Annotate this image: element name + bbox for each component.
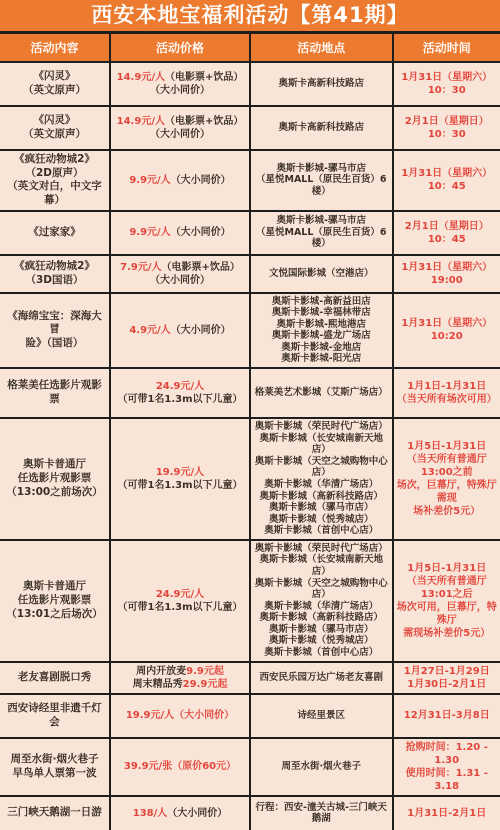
activity-content-cell: 《海绵宝宝：深海大冒险》（国语） <box>0 293 110 368</box>
price-note-text: （大小同价） <box>150 129 210 140</box>
activity-location-cell: 西安民乐园万达广场老友喜剧 <box>250 662 393 694</box>
activity-price-line: （大小同价） <box>114 84 246 97</box>
activity-time-cell-line: 12月31日-3月8日 <box>397 709 498 722</box>
activity-time-cell: 12月31日-3月8日 <box>393 694 500 738</box>
activity-time-cell-line: 1月5日-1月31日 <box>397 440 498 453</box>
activity-price-cell: 14.9元/人（电影票+饮品）（大小同价） <box>110 62 250 106</box>
activity-content-cell-line: 老友喜剧脱口秀 <box>3 671 106 685</box>
activity-price-cell: 24.9元/人（可带1名1.3m以下儿童） <box>110 368 250 418</box>
activity-location-cell-line: 奥斯卡影城（荣民时代广场店） <box>254 543 389 555</box>
price-highlight-text: 9.9元/人 <box>129 227 170 238</box>
table-row: 《海绵宝宝：深海大冒险》（国语）4.9元/人（大小同价）奥斯卡影城-高新益田店奥… <box>0 293 500 368</box>
activity-location-cell-line: 奥斯卡影城-骡马市店 <box>254 163 389 175</box>
activity-content-cell-line: 险》（国语） <box>3 337 106 351</box>
activity-location-cell-line: 奥斯卡影城（骡马市店） <box>254 624 389 636</box>
activity-time-cell-line: 场次，巨幕厅，特殊厅需现 <box>397 479 498 505</box>
activity-price-line: 138/人（大小同价） <box>114 807 246 820</box>
table-row: 奥斯卡普通厅任选影片观影票（13:00之前场次）19.9元/人（可带1名1.3m… <box>0 418 500 540</box>
activity-price-cell: 9.9元/人（大小同价） <box>110 211 250 255</box>
table-row: 格莱美任选影片观影票24.9元/人（可带1名1.3m以下儿童）格莱美艺术影城（艾… <box>0 368 500 418</box>
activity-time-cell-line: 使用时间：1.31 - 3.18 <box>397 767 498 793</box>
activity-content-cell-line: （英文原声） <box>3 128 106 142</box>
activity-location-cell-line: 奥斯卡影城（高新科技路店） <box>254 491 389 503</box>
table-row: 奥斯卡普通厅任选影片观影票（13:01之后场次）24.9元/人（可带1名1.3m… <box>0 540 500 662</box>
activity-time-cell-line: 1月31日-2月1日 <box>397 807 498 820</box>
activity-location-cell-line: 奥斯卡影城（骡马市店） <box>254 502 389 514</box>
activity-location-cell-line: 奥斯卡影城-幸福林带店 <box>254 307 389 319</box>
activity-table-body: 《闪灵》（英文原声）14.9元/人（电影票+饮品）（大小同价）奥斯卡高新科技路店… <box>0 62 500 830</box>
activity-price-line: 19.9元/人（大小同价） <box>114 709 246 722</box>
activity-location-cell-line: 奥斯卡影城-金地店 <box>254 342 389 354</box>
activity-location-cell-line: 奥斯卡影城（首创中心店） <box>254 525 389 537</box>
activity-content-cell-line: 《疯狂动物城2》 <box>3 260 106 274</box>
activity-location-cell: 奥斯卡影城（荣民时代广场店）奥斯卡影城（长安城南新天地店）奥斯卡影城（天空之城购… <box>250 540 393 662</box>
activity-time-cell: 2月1日（星期日）10：30 <box>393 106 500 150</box>
activity-time-cell-line: 1月5日-1月31日 <box>397 562 498 575</box>
activity-time-cell-line: 场补差价5元） <box>397 505 498 518</box>
activity-price-cell: 39.9元/张（原价60元） <box>110 738 250 796</box>
activity-price-cell: 19.9元/人（大小同价） <box>110 694 250 738</box>
activity-price-cell: 周内开放麦9.9元起周末精品秀29.9元起 <box>110 662 250 694</box>
activity-time-cell-line: 10:20 <box>397 330 498 343</box>
activity-content-cell-line: 任选影片观影票 <box>3 472 106 486</box>
column-header-time: 活动时间 <box>393 34 500 62</box>
activity-price-line: 24.9元/人 <box>114 380 246 393</box>
welfare-activity-flyer: 西安本地宝福利活动【第41期】 活动内容 活动价格 活动地点 活动时间 《闪灵》… <box>0 0 500 830</box>
activity-location-cell-line: 奥斯卡影城-骡马市店 <box>254 215 389 227</box>
price-highlight-text: 29.9元起 <box>183 679 228 690</box>
activity-price-cell: 9.9元/人（大小同价） <box>110 150 250 211</box>
price-note-text: （可带1名1.3m以下儿童） <box>117 602 242 613</box>
activity-time-cell-line: （当天所有普通厅13:01之后 <box>397 575 498 601</box>
price-highlight-text: 9.9元起 <box>186 666 224 677</box>
activity-price-line: （大小同价） <box>114 128 246 141</box>
activity-content-cell-line: 奥斯卡普通厅 <box>3 580 106 594</box>
activity-time-cell-line: 2月1日（星期日） <box>397 115 498 128</box>
activity-price-line: 周内开放麦9.9元起 <box>114 665 246 678</box>
activity-time-cell-line: 抢购时间：1.20 - 1.30 <box>397 741 498 767</box>
activity-location-cell-line: 奥斯卡影城（悦秀城店） <box>254 514 389 526</box>
activity-location-cell-line: 奥斯卡影城-熙地港店 <box>254 319 389 331</box>
activity-content-cell: 《闪灵》（英文原声） <box>0 62 110 106</box>
activity-location-cell-line: 奥斯卡影城（悦秀城店） <box>254 635 389 647</box>
price-note-text: （电影票+饮品） <box>165 72 243 83</box>
activity-content-cell: 西安诗经里非遗千灯会 <box>0 694 110 738</box>
price-highlight-text: 9.9元/人 <box>129 175 170 186</box>
activity-content-cell: 《疯狂动物城2》（2D原声）（英文对白，中文字幕） <box>0 150 110 211</box>
activity-time-cell-line: 19:00 <box>397 274 498 287</box>
activity-location-cell-line: 西安民乐园万达广场老友喜剧 <box>254 672 389 684</box>
table-row: 西安诗经里非遗千灯会19.9元/人（大小同价）诗经里景区12月31日-3月8日 <box>0 694 500 738</box>
activity-location-cell-line: 奥斯卡影城-高新益田店 <box>254 296 389 308</box>
activity-content-cell: 《疯狂动物城2》（3D国语） <box>0 255 110 293</box>
activity-time-cell: 2月1日（星期日）10：45 <box>393 211 500 255</box>
price-note-text: （大小同价） <box>171 325 231 336</box>
activity-content-cell-line: （英文原声） <box>3 84 106 98</box>
table-row: 《过家家》9.9元/人（大小同价）奥斯卡影城-骡马市店（星悦MALL（原民生百货… <box>0 211 500 255</box>
activity-time-cell-line: 10：30 <box>397 84 498 97</box>
activity-location-cell-line: 奥斯卡影城（长安城南新天地店） <box>254 433 389 456</box>
activity-price-line: （可带1名1.3m以下儿童） <box>114 601 246 614</box>
table-row: 《疯狂动物城2》（3D国语）7.9元/人（电影票+饮品）（大小同价）文悦国际影城… <box>0 255 500 293</box>
activity-time-cell-line: 10：30 <box>397 128 498 141</box>
price-note-text: （大小同价） <box>150 85 210 96</box>
activity-time-cell-line: 1月31日（星期六） <box>397 167 498 180</box>
activity-time-cell-line: （当天所有普通厅13:00之前 <box>397 453 498 479</box>
activity-location-cell-line: 奥斯卡影城-盛龙广场店 <box>254 330 389 342</box>
table-row: 《闪灵》（英文原声）14.9元/人（电影票+饮品）（大小同价）奥斯卡高新科技路店… <box>0 106 500 150</box>
activity-content-cell-line: 早鸟单人票第一波 <box>3 767 106 781</box>
activity-time-cell-line: 10：45 <box>397 233 498 246</box>
activity-location-cell-line: （星悦MALL（原民生百货）6楼） <box>254 174 389 197</box>
activity-content-cell: 奥斯卡普通厅任选影片观影票（13:00之前场次） <box>0 418 110 540</box>
price-note-text: （大小同价） <box>171 175 231 186</box>
activity-location-cell-line: 奥斯卡影城（长安城南新天地店） <box>254 554 389 577</box>
activity-location-cell: 奥斯卡高新科技路店 <box>250 106 393 150</box>
activity-content-cell: 三门峡天鹅湖一日游 <box>0 796 110 830</box>
activity-location-cell-line: 奥斯卡影城（天空之城购物中心店） <box>254 578 389 601</box>
price-highlight-text: 14.9元/人 <box>117 116 165 127</box>
activity-location-cell: 奥斯卡影城（荣民时代广场店）奥斯卡影城（长安城南新天地店）奥斯卡影城（天空之城购… <box>250 418 393 540</box>
activity-time-cell-line: 1月31日（星期六） <box>397 317 498 330</box>
table-row: 周至水街·烟火巷子早鸟单人票第一波39.9元/张（原价60元）周至水街·烟火巷子… <box>0 738 500 796</box>
activity-location-cell-line: （星悦MALL（原民生百货）6楼） <box>254 227 389 250</box>
activity-content-cell-line: 格莱美任选影片观影票 <box>3 379 106 406</box>
activity-price-line: 24.9元/人 <box>114 588 246 601</box>
activity-location-cell: 奥斯卡影城-高新益田店奥斯卡影城-幸福林带店奥斯卡影城-熙地港店奥斯卡影城-盛龙… <box>250 293 393 368</box>
activity-content-cell-line: 任选影片观影票 <box>3 594 106 608</box>
header-row: 活动内容 活动价格 活动地点 活动时间 <box>0 34 500 62</box>
activity-location-cell-line: 奥斯卡高新科技路店 <box>254 122 389 134</box>
activity-price-line: 14.9元/人（电影票+饮品） <box>114 71 246 84</box>
price-highlight-text: 14.9元/人 <box>117 72 165 83</box>
activity-time-cell-line: 1月27日-1月29日 <box>397 665 498 678</box>
activity-content-cell-line: 西安诗经里非遗千灯会 <box>3 702 106 729</box>
activity-location-cell-line: 奥斯卡高新科技路店 <box>254 78 389 90</box>
activity-time-cell: 1月31日（星期六）10:20 <box>393 293 500 368</box>
price-note-text: 周末精品秀 <box>133 679 183 690</box>
price-highlight-text: 24.9元/人 <box>156 381 204 392</box>
price-note-text: （大小同价） <box>167 808 227 819</box>
activity-price-cell: 24.9元/人（可带1名1.3m以下儿童） <box>110 540 250 662</box>
activity-price-line: 39.9元/张（原价60元） <box>114 760 246 773</box>
price-note-text: （大小同价） <box>150 275 210 286</box>
activity-time-cell-line: 需现场补差价5元） <box>397 627 498 640</box>
activity-table-header: 活动内容 活动价格 活动地点 活动时间 <box>0 34 500 62</box>
activity-content-cell: 《过家家》 <box>0 211 110 255</box>
activity-time-cell-line: 场次可用，巨幕厅，特殊厅 <box>397 601 498 627</box>
activity-price-line: 9.9元/人（大小同价） <box>114 174 246 187</box>
activity-price-cell: 4.9元/人（大小同价） <box>110 293 250 368</box>
column-header-price: 活动价格 <box>110 34 250 62</box>
price-highlight-text: 39.9元/张（原价60元） <box>124 761 236 772</box>
column-header-content: 活动内容 <box>0 34 110 62</box>
activity-content-cell-line: （13:00之前场次） <box>3 486 106 500</box>
activity-location-cell-line: 奥斯卡影城（天空之城购物中心店） <box>254 456 389 479</box>
activity-location-cell: 格莱美艺术影城（艾斯广场店） <box>250 368 393 418</box>
activity-price-line: 19.9元/人 <box>114 466 246 479</box>
activity-time-cell: 1月31日-2月1日 <box>393 796 500 830</box>
activity-content-cell: 老友喜剧脱口秀 <box>0 662 110 694</box>
activity-location-cell-line: 文悦国际影城（空港店） <box>254 268 389 280</box>
activity-price-line: 7.9元/人（电影票+饮品） <box>114 261 246 274</box>
activity-content-cell: 格莱美任选影片观影票 <box>0 368 110 418</box>
activity-location-cell: 奥斯卡高新科技路店 <box>250 62 393 106</box>
activity-price-line: （可带1名1.3m以下儿童） <box>114 393 246 406</box>
activity-location-cell-line: 奥斯卡影城（华清广场店） <box>254 601 389 613</box>
activity-content-cell-line: （英文对白，中文字幕） <box>3 180 106 207</box>
column-header-location: 活动地点 <box>250 34 393 62</box>
activity-price-line: （大小同价） <box>114 274 246 287</box>
activity-time-cell: 抢购时间：1.20 - 1.30使用时间：1.31 - 3.18 <box>393 738 500 796</box>
activity-content-cell-line: （13:01之后场次） <box>3 608 106 622</box>
activity-price-line: 周末精品秀29.9元起 <box>114 678 246 691</box>
activity-content-cell-line: （3D国语） <box>3 274 106 288</box>
activity-content-cell: 奥斯卡普通厅任选影片观影票（13:01之后场次） <box>0 540 110 662</box>
activity-time-cell: 1月31日（星期六）10：45 <box>393 150 500 211</box>
price-note-text: （电影票+饮品） <box>165 116 243 127</box>
activity-location-cell-line: 奥斯卡影城（高新科技路店） <box>254 612 389 624</box>
activity-location-cell: 周至水街·烟火巷子 <box>250 738 393 796</box>
price-note-text: 周内开放麦 <box>136 666 186 677</box>
activity-location-cell-line: 周至水街·烟火巷子 <box>254 761 389 773</box>
activity-time-cell-line: 10：45 <box>397 180 498 193</box>
price-note-text: （大小同价） <box>171 227 231 238</box>
activity-content-cell-line: 《海绵宝宝：深海大冒 <box>3 310 106 337</box>
activity-price-line: 4.9元/人（大小同价） <box>114 324 246 337</box>
table-row: 老友喜剧脱口秀周内开放麦9.9元起周末精品秀29.9元起西安民乐园万达广场老友喜… <box>0 662 500 694</box>
activity-price-cell: 7.9元/人（电影票+饮品）（大小同价） <box>110 255 250 293</box>
activity-time-cell-line: 1月30日-2月1日 <box>397 678 498 691</box>
activity-location-cell-line: 奥斯卡影城-阳光店 <box>254 353 389 365</box>
activity-location-cell: 奥斯卡影城-骡马市店（星悦MALL（原民生百货）6楼） <box>250 211 393 255</box>
activity-price-cell: 14.9元/人（电影票+饮品）（大小同价） <box>110 106 250 150</box>
activity-time-cell-line: 1月31日（星期六） <box>397 261 498 274</box>
activity-location-cell: 诗经里景区 <box>250 694 393 738</box>
activity-location-cell-line: 奥斯卡影城（首创中心店） <box>254 647 389 659</box>
activity-time-cell: 1月31日（星期六）10：30 <box>393 62 500 106</box>
price-highlight-text: 19.9元/人（大小同价） <box>126 710 234 721</box>
activity-price-line: （可带1名1.3m以下儿童） <box>114 479 246 492</box>
activity-location-cell-line: 奥斯卡影城（华清广场店） <box>254 479 389 491</box>
price-highlight-text: 138/人 <box>133 808 168 819</box>
activity-content-cell-line: 周至水街·烟火巷子 <box>3 753 106 767</box>
table-row: 《闪灵》（英文原声）14.9元/人（电影票+饮品）（大小同价）奥斯卡高新科技路店… <box>0 62 500 106</box>
price-highlight-text: 7.9元/人 <box>120 262 161 273</box>
price-note-text: （可带1名1.3m以下儿童） <box>117 480 242 491</box>
activity-content-cell-line: （2D原声） <box>3 167 106 181</box>
price-highlight-text: 24.9元/人 <box>156 589 204 600</box>
activity-price-line: 14.9元/人（电影票+饮品） <box>114 115 246 128</box>
activity-location-cell-line: 格莱美艺术影城（艾斯广场店） <box>254 387 389 399</box>
activity-content-cell-line: 《闪灵》 <box>3 70 106 84</box>
activity-table: 活动内容 活动价格 活动地点 活动时间 《闪灵》（英文原声）14.9元/人（电影… <box>0 34 500 830</box>
activity-location-cell: 文悦国际影城（空港店） <box>250 255 393 293</box>
activity-content-cell-line: 三门峡天鹅湖一日游 <box>3 806 106 820</box>
table-row: 《疯狂动物城2》（2D原声）（英文对白，中文字幕）9.9元/人（大小同价）奥斯卡… <box>0 150 500 211</box>
activity-time-cell: 1月27日-1月29日1月30日-2月1日 <box>393 662 500 694</box>
activity-location-cell: 行程：西安-潼关古城-三门峡天鹅湖 <box>250 796 393 830</box>
table-row: 三门峡天鹅湖一日游138/人（大小同价）行程：西安-潼关古城-三门峡天鹅湖1月3… <box>0 796 500 830</box>
activity-content-cell-line: 奥斯卡普通厅 <box>3 458 106 472</box>
activity-location-cell-line: 奥斯卡影城（荣民时代广场店） <box>254 421 389 433</box>
activity-content-cell: 《闪灵》（英文原声） <box>0 106 110 150</box>
activity-content-cell-line: 《闪灵》 <box>3 114 106 128</box>
page-title: 西安本地宝福利活动【第41期】 <box>0 0 500 34</box>
activity-time-cell: 1月5日-1月31日（当天所有普通厅13:00之前场次，巨幕厅，特殊厅需现场补差… <box>393 418 500 540</box>
price-note-text: （电影票+饮品） <box>161 262 239 273</box>
activity-time-cell: 1月31日（星期六）19:00 <box>393 255 500 293</box>
activity-location-cell-line: 诗经里景区 <box>254 710 389 722</box>
activity-time-cell: 1月5日-1月31日（当天所有普通厅13:01之后场次可用，巨幕厅，特殊厅需现场… <box>393 540 500 662</box>
activity-time-cell-line: 1月31日（星期六） <box>397 71 498 84</box>
price-note-text: （可带1名1.3m以下儿童） <box>117 394 242 405</box>
activity-time-cell-line: （当天所有场次可用） <box>397 393 498 406</box>
activity-price-line: 9.9元/人（大小同价） <box>114 226 246 239</box>
activity-price-cell: 138/人（大小同价） <box>110 796 250 830</box>
activity-content-cell: 周至水街·烟火巷子早鸟单人票第一波 <box>0 738 110 796</box>
activity-price-cell: 19.9元/人（可带1名1.3m以下儿童） <box>110 418 250 540</box>
activity-content-cell-line: 《过家家》 <box>3 226 106 240</box>
activity-time-cell-line: 1月1日-1月31日 <box>397 380 498 393</box>
activity-time-cell: 1月1日-1月31日（当天所有场次可用） <box>393 368 500 418</box>
activity-time-cell-line: 2月1日（星期日） <box>397 220 498 233</box>
price-highlight-text: 19.9元/人 <box>156 467 204 478</box>
activity-location-cell: 奥斯卡影城-骡马市店（星悦MALL（原民生百货）6楼） <box>250 150 393 211</box>
price-highlight-text: 4.9元/人 <box>129 325 170 336</box>
activity-location-cell-line: 行程：西安-潼关古城-三门峡天鹅湖 <box>254 802 389 825</box>
activity-content-cell-line: 《疯狂动物城2》 <box>3 153 106 167</box>
